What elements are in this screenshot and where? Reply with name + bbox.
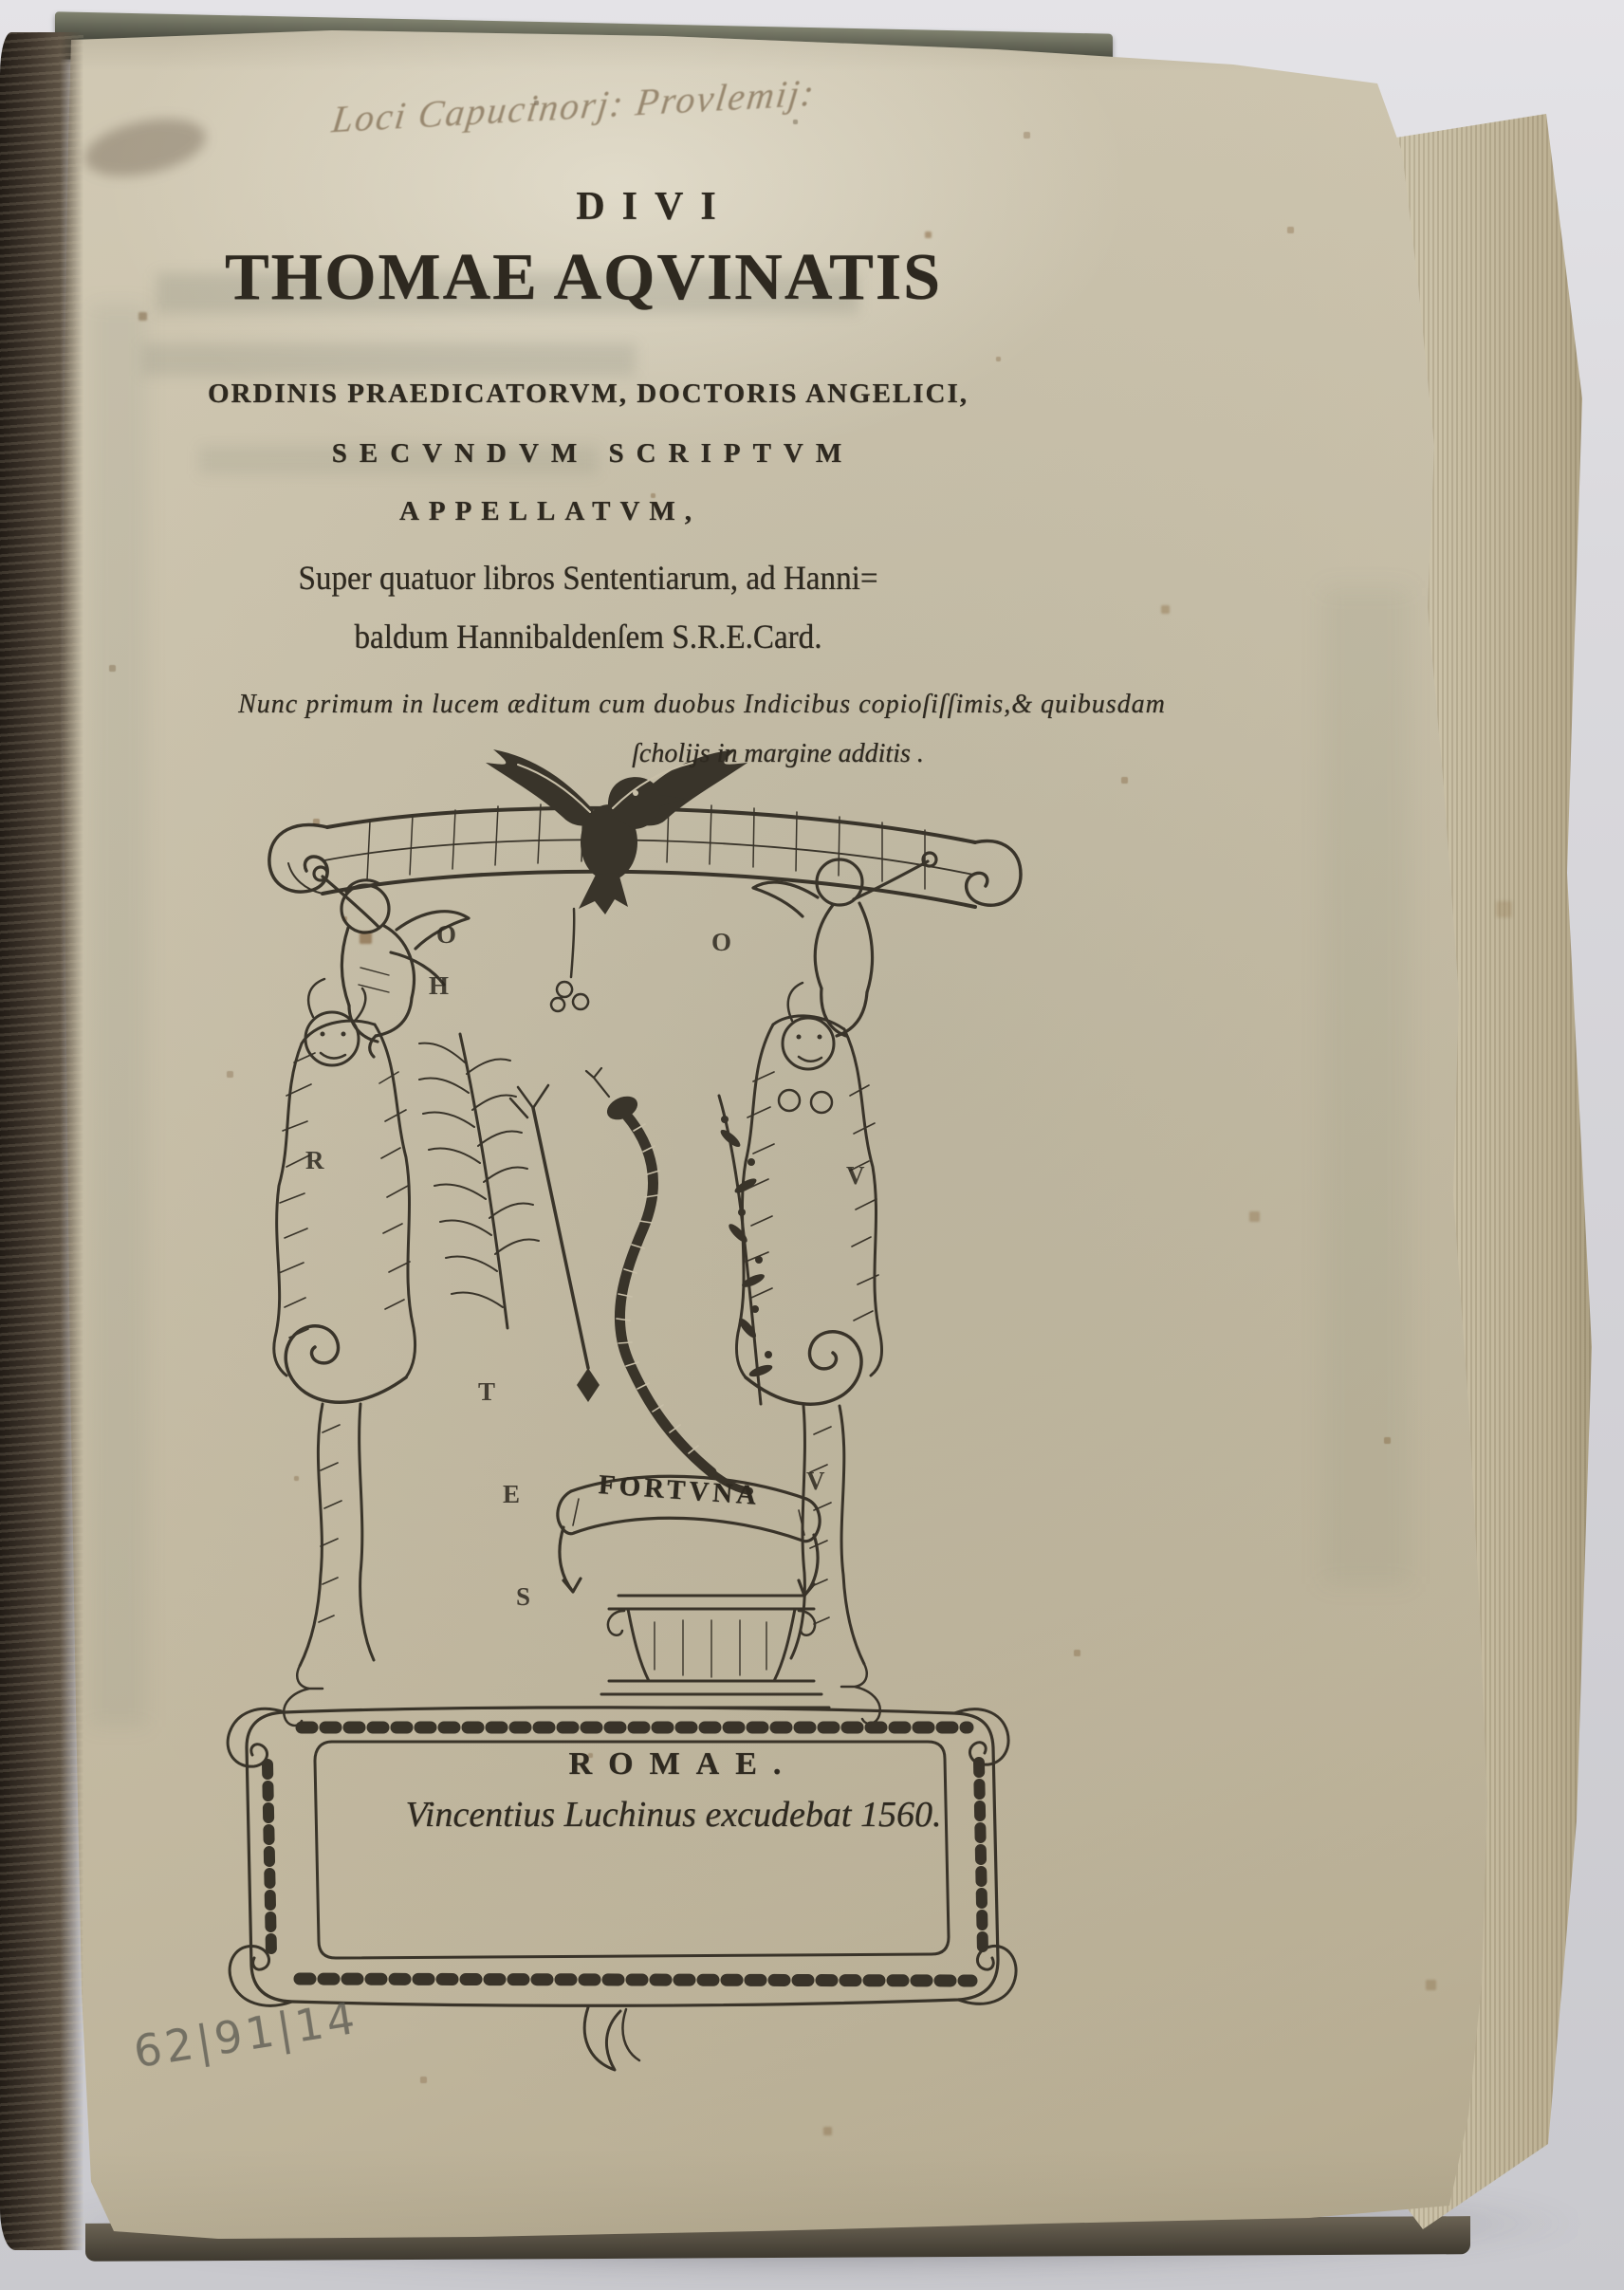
imprint-line: Vincentius Luchinus excudebat 1560. — [337, 1797, 1010, 1835]
dedication-lines: Super quatuor libros Sententiarum, ad Ha… — [217, 548, 959, 666]
subtitle-order-line: ORDINIS PRAEDICATORVM, DOCTORIS ANGELICI… — [161, 379, 1015, 408]
book-spine — [0, 32, 83, 2250]
device-letter: S — [516, 1582, 530, 1612]
show-through-ghost — [90, 304, 147, 1727]
book-photograph: Loci Capucinorj: Provlemij: DIVI THOMAE … — [0, 0, 1624, 2290]
device-letter: R — [305, 1146, 324, 1175]
device-letter: V — [806, 1467, 825, 1496]
scroll-crossbar — [269, 803, 1021, 1011]
device-letter: O — [711, 928, 731, 957]
arrow-figure — [510, 1085, 600, 1402]
edition-note-line-1: Nunc primum in lucem æditum cum duobus I… — [157, 691, 1247, 718]
device-letter: O — [436, 920, 456, 950]
herm-left-figure — [274, 979, 415, 1726]
foxing-spots — [0, 0, 1, 1]
imprint-place: ROMAE. — [512, 1747, 854, 1782]
show-through-ghost — [1323, 588, 1409, 1584]
header-word: DIVI — [417, 186, 892, 228]
laurel-branch — [718, 1096, 774, 1404]
dedication-line-2: baldum Hannibaldenſem S.R.E.Card. — [217, 607, 959, 666]
dedication-line-1: Super quatuor libros Sententiarum, ad Ha… — [217, 548, 959, 607]
show-through-ghost — [142, 343, 636, 376]
eagle-figure — [486, 749, 747, 914]
subtitle-appellatum-line: APPELLATVM, — [313, 497, 787, 526]
device-letter: E — [503, 1480, 520, 1509]
device-letter: H — [429, 971, 449, 1001]
device-letter: V — [846, 1161, 865, 1191]
putto-left-figure — [314, 867, 469, 1057]
page-title: THOMAE AQVINATIS — [109, 243, 1058, 313]
palm-frond — [419, 1034, 539, 1328]
subtitle-secundum-line: SECVNDVM SCRIPTVM — [313, 439, 873, 468]
printers-device-woodcut — [180, 740, 1034, 2087]
device-letter: T — [478, 1377, 495, 1407]
